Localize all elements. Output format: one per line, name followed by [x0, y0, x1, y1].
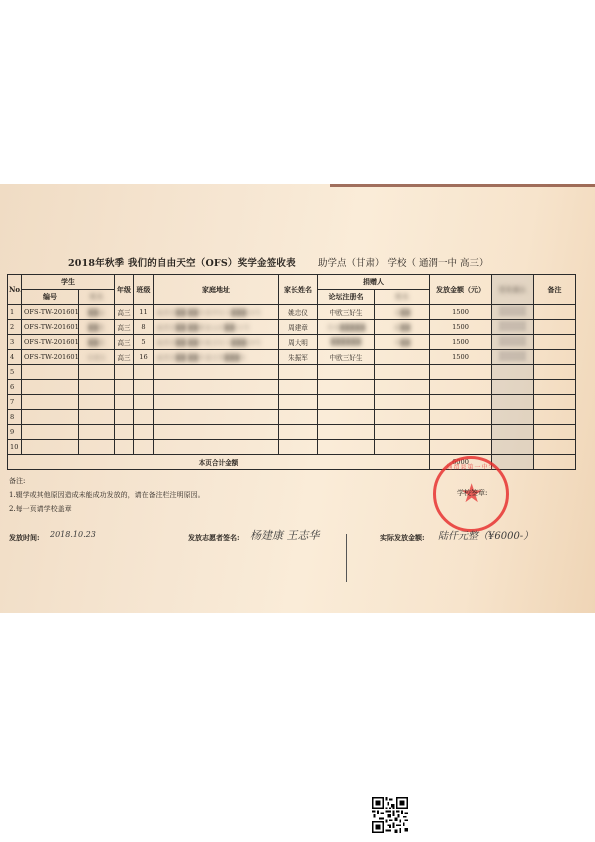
cell-no: 4: [8, 350, 22, 365]
cell-no: 5: [8, 365, 22, 380]
table-row-empty: 6: [8, 380, 576, 395]
cell-no: 6: [8, 380, 22, 395]
header-amount: 发放金额（元）: [430, 275, 492, 305]
cell-grade: 高三: [115, 350, 134, 365]
document-photo: 2018年秋季 我们的自由天空（OFS）奖学金签收表 助学点（甘肃） 学校（ 通…: [0, 184, 595, 613]
cell-remarks: [534, 305, 576, 320]
cell-signature: [492, 320, 534, 335]
cell-class: 11: [134, 305, 154, 320]
date-label: 发放时间:: [9, 533, 40, 543]
cell-signature: [492, 350, 534, 365]
cell-forum-name: ██████: [318, 335, 375, 350]
table-row: 4 OFS-TW-2016019 宋晓东 高三 16 通渭县██ ██乡蒲岔湾█…: [8, 350, 576, 365]
cell-parent: 姚忠仪: [279, 305, 318, 320]
cell-address: 通渭县██ ██乡蒲岔湾███社: [154, 350, 279, 365]
cell-no: 2: [8, 320, 22, 335]
cell-name: ██霞: [79, 335, 115, 350]
table-row-empty: 7: [8, 395, 576, 410]
header-student-id: 编号: [22, 290, 79, 305]
photo-edge: [330, 184, 595, 187]
cell-address: 通渭县██ ██乡姚岔村大███29号: [154, 335, 279, 350]
header-no: No.: [8, 275, 22, 305]
cell-signature: [492, 335, 534, 350]
scholarship-table: No. 学生 年级 班级 家庭地址 家长姓名 捐赠人 发放金额（元） 签收确认 …: [7, 274, 576, 470]
cell-no: 10: [8, 440, 22, 455]
cell-forum-name: 中欧三好生: [318, 305, 375, 320]
cell-name: ██胜: [79, 320, 115, 335]
cell-amount: 1500: [430, 350, 492, 365]
school-stamp-label: 学校签章:: [457, 488, 487, 498]
cell-amount: 1500: [430, 305, 492, 320]
pen-stroke: [346, 534, 347, 582]
cell-remarks: [534, 335, 576, 350]
cell-id: OFS-TW-2016018: [22, 335, 79, 350]
cell-parent: 周大明: [279, 335, 318, 350]
header-donor: 捐赠人: [318, 275, 430, 290]
cell-grade: 高三: [115, 335, 134, 350]
cell-forum-name: 中欧三好生: [318, 350, 375, 365]
cell-amount: 1500: [430, 335, 492, 350]
header-student-name: 姓名: [79, 290, 115, 305]
cell-name: 宋晓东: [79, 350, 115, 365]
header-donor-name: 姓名: [375, 290, 430, 305]
cell-no: 1: [8, 305, 22, 320]
cell-donor-name: 逝██: [375, 320, 430, 335]
cell-remarks: [534, 320, 576, 335]
cell-address: 通渭县██ ██乡郭坪村大███10号: [154, 305, 279, 320]
volunteer-signature-label: 发放志愿者签名:: [188, 533, 240, 543]
cell-donor-name: 李██: [375, 335, 430, 350]
header-remarks: 备注: [534, 275, 576, 305]
table-row-empty: 10: [8, 440, 576, 455]
cell-no: 3: [8, 335, 22, 350]
note-item-1: 1.辍学或其他原因造成未能成功发放的，请在备注栏注明原因。: [9, 490, 205, 500]
cell-no: 7: [8, 395, 22, 410]
cell-parent: 朱振军: [279, 350, 318, 365]
cell-remarks: [534, 350, 576, 365]
cell-grade: 高三: [115, 305, 134, 320]
document-title: 2018年秋季 我们的自由天空（OFS）奖学金签收表: [68, 255, 296, 269]
document-subtitle: 助学点（甘肃） 学校（ 通渭一中 高三）: [318, 255, 489, 269]
cell-donor-name: 龙██: [375, 305, 430, 320]
header-address: 家庭地址: [154, 275, 279, 305]
cell-id: OFS-TW-2016016: [22, 305, 79, 320]
table-row: 1 OFS-TW-2016016 ██丽 高三 11 通渭县██ ██乡郭坪村大…: [8, 305, 576, 320]
cell-no: 8: [8, 410, 22, 425]
table-row-empty: 9: [8, 425, 576, 440]
cell-no: 9: [8, 425, 22, 440]
cell-class: 8: [134, 320, 154, 335]
cell-id: OFS-TW-2016019: [22, 350, 79, 365]
header-class: 班级: [134, 275, 154, 305]
header-grade: 年级: [115, 275, 134, 305]
date-value: 2018.10.23: [50, 530, 96, 539]
cell-parent: 周建章: [279, 320, 318, 335]
cell-name: ██丽: [79, 305, 115, 320]
actual-amount-label: 实际发放金额:: [380, 533, 425, 543]
notes-heading: 备注:: [9, 476, 25, 486]
total-label: 本页合计金额: [8, 455, 430, 470]
header-signature: 签收确认: [492, 275, 534, 305]
qr-code-icon: [372, 797, 408, 833]
cell-address: 通渭县██ ██鄣家山村██11号: [154, 320, 279, 335]
cell-signature: [492, 305, 534, 320]
actual-amount-value: 陆仟元整（¥6000-）: [438, 527, 533, 542]
cell-class: 16: [134, 350, 154, 365]
table-row-empty: 5: [8, 365, 576, 380]
table-row-empty: 8: [8, 410, 576, 425]
stamp-text: 通渭县第一中学: [436, 462, 506, 471]
cell-amount: 1500: [430, 320, 492, 335]
header-donor-forum-name: 论坛注册名: [318, 290, 375, 305]
cell-class: 5: [134, 335, 154, 350]
table-row: 3 OFS-TW-2016018 ██霞 高三 5 通渭县██ ██乡姚岔村大█…: [8, 335, 576, 350]
header-student: 学生: [22, 275, 115, 290]
cell-grade: 高三: [115, 320, 134, 335]
cell-forum-name: 苏州█████: [318, 320, 375, 335]
cell-id: OFS-TW-2016017: [22, 320, 79, 335]
note-item-2: 2.每一页请学校盖章: [9, 504, 72, 514]
cell-donor-name: [375, 350, 430, 365]
volunteer-signature: 杨建康 王志华: [250, 527, 320, 543]
header-parent: 家长姓名: [279, 275, 318, 305]
table-row: 2 OFS-TW-2016017 ██胜 高三 8 通渭县██ ██鄣家山村██…: [8, 320, 576, 335]
